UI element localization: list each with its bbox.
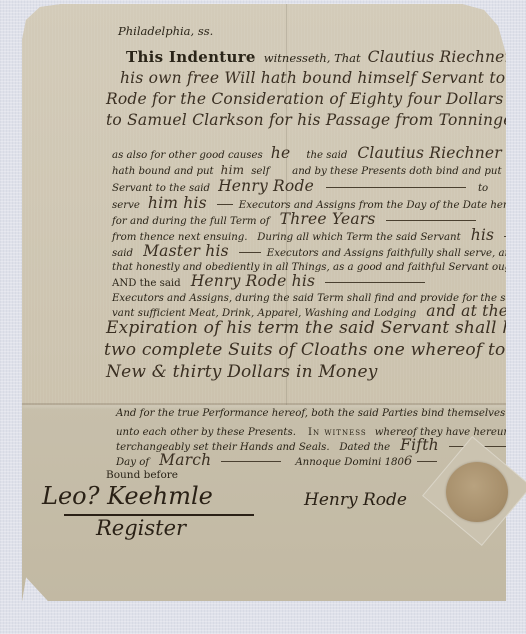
blank-rule	[239, 252, 261, 253]
handwritten-text: he	[271, 144, 291, 162]
printed-text: Annoque Domini 180	[295, 457, 404, 468]
registrar-title: Register	[96, 516, 186, 540]
printed-text: hath bound and put	[112, 166, 214, 177]
printed-text: the said	[306, 150, 347, 161]
preamble-line-1: his own free Will hath bound himself Ser…	[120, 69, 526, 87]
master-signature: Henry Rode	[304, 490, 407, 510]
closing-line-1: And for the true Performance hereof, bot…	[116, 408, 526, 419]
printed-text: to	[478, 183, 488, 194]
handwritten-text: Henry Rode	[218, 177, 314, 195]
blank-rule	[386, 220, 476, 221]
horizontal-fold	[22, 403, 506, 405]
handwritten-text: Clautius Riechner	[357, 144, 502, 162]
preamble-line-3: to Samuel Clarkson for his Passage from …	[106, 111, 523, 129]
blank-rule	[326, 187, 466, 188]
terms-line-1: Expiration of his term the said Servant …	[106, 318, 526, 338]
printed-text: self and by these Presents doth bind and…	[251, 166, 501, 177]
handwritten-text: him	[221, 163, 245, 177]
handwritten-text: himself	[506, 163, 526, 177]
printed-text: Day of	[116, 457, 149, 468]
jurisdiction: Philadelphia, ss.	[118, 24, 213, 38]
terms-line-3: New & thirty Dollars in Money	[106, 362, 378, 382]
preamble-line-2: Rode for the Consideration of Eighty fou…	[106, 90, 526, 108]
wax-seal	[446, 462, 508, 522]
printed-text: as also for other good causes	[112, 150, 263, 161]
date-month-handwritten: March	[159, 451, 211, 469]
date-year-digit-handwritten: 6	[404, 454, 412, 469]
blank-rule	[417, 461, 437, 462]
bound-before-label: Bound before	[106, 469, 178, 481]
terms-line-2: two complete Suits of Cloaths one whereo…	[104, 340, 526, 360]
blank-rule	[221, 461, 281, 462]
blank-rule	[504, 236, 526, 237]
blank-rule	[506, 154, 526, 155]
heading-lead: witnesseth, That	[264, 51, 361, 65]
heading-title: This Indenture	[126, 48, 256, 66]
blank-rule	[217, 204, 233, 205]
heading-line: This Indenture witnesseth, That Clautius…	[126, 48, 526, 67]
blank-rule	[325, 282, 425, 283]
registrar-signature: Leo? Keehmle	[42, 482, 213, 510]
servant-name: Clautius Riechner of	[368, 48, 526, 66]
printed-text: Servant to the said	[112, 183, 210, 194]
indenture-document: Philadelphia, ss. This Indenture witness…	[22, 4, 506, 601]
closing-line-4: Day of March Annoque Domini 1806	[116, 451, 437, 470]
